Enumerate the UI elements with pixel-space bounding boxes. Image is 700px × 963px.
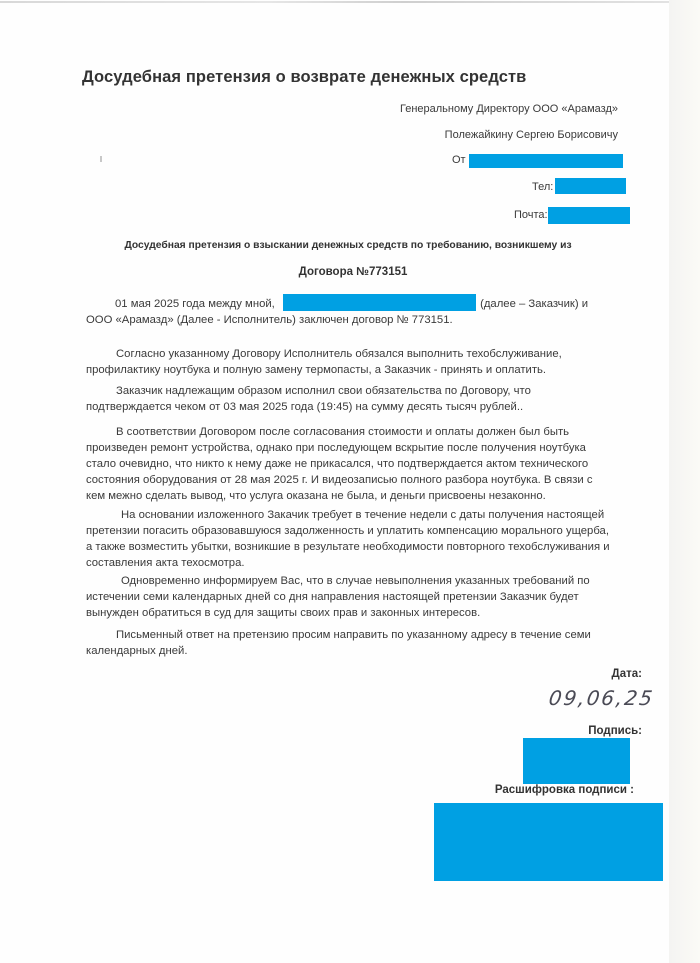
claim-subheading: Досудебная претензия о взыскании денежны… (0, 240, 698, 251)
scan-speck (100, 156, 102, 162)
paragraph-text: На основании изложенного Закачик требует… (86, 507, 646, 523)
paragraph-text: 01 мая 2025 года между мной, (115, 298, 275, 310)
paragraph-text: а также возместить убытки, возникшие в р… (86, 539, 646, 555)
paragraph-text: ООО «Арамазд» (Далее - Исполнитель) закл… (86, 312, 646, 328)
paragraph-text: истечении семи календарных дней со дня н… (86, 589, 646, 605)
signature-decryption-label: Расшифровка подписи : (495, 784, 634, 796)
paragraph-text: Заказчик надлежащим образом исполнил сво… (86, 383, 646, 399)
scan-edge-right (669, 0, 700, 963)
paragraph-text: претензии погасить образовавшуюся задолж… (86, 523, 646, 539)
paragraph-text: Одновременно информируем Вас, что в случ… (86, 573, 646, 589)
contract-number-heading: Договора №773151 (3, 266, 700, 278)
handwritten-date: 09,06,25 (547, 686, 655, 710)
paragraph-response-request: Письменный ответ на претензию просим нап… (86, 627, 646, 659)
redacted-customer-name (283, 294, 476, 311)
from-label: От (452, 154, 466, 166)
paragraph-court-warning: Одновременно информируем Вас, что в случ… (86, 573, 646, 621)
redacted-signature-decryption (434, 803, 663, 881)
document-title: Досудебная претензия о возврате денежных… (82, 68, 526, 87)
paragraph-text: , (далее – Заказчик) и (474, 298, 588, 310)
paragraph-text: вынужден обратиться в суд для защиты сво… (86, 605, 646, 621)
paragraph-demands: На основании изложенного Закачик требует… (86, 507, 646, 571)
addressee-name: Полежайкину Сергею Борисовичу (445, 129, 618, 141)
redacted-from (469, 154, 623, 168)
redacted-email (548, 207, 630, 224)
paragraph-text: кем межно сделать вывод, что услуга оказ… (86, 488, 646, 504)
paragraph-text: В соответствии Договором после согласова… (86, 424, 646, 440)
paragraph-obligations: Согласно указанному Договору Исполнитель… (86, 346, 646, 378)
paragraph-text: состояния оборудования от 28 мая 2025 г.… (86, 472, 646, 488)
paragraph-text: произведен ремонт устройства, однако при… (86, 440, 646, 456)
addressee-position: Генеральному Директору ООО «Арамазд» (400, 103, 618, 115)
redacted-phone (555, 178, 626, 194)
phone-label: Тел: (532, 181, 553, 193)
paragraph-text: подтверждается чеком от 03 мая 2025 года… (86, 399, 646, 415)
paragraph-text: Согласно указанному Договору Исполнитель… (86, 346, 646, 362)
redacted-signature (523, 738, 630, 784)
paragraph-text: стало очевидно, что никто к нему даже не… (86, 456, 646, 472)
paragraph-text: Письменный ответ на претензию просим нап… (86, 627, 646, 643)
scanned-page: Досудебная претензия о возврате денежных… (0, 0, 700, 963)
date-label: Дата: (612, 668, 642, 680)
email-label: Почта: (514, 209, 548, 221)
scan-edge-top (0, 1, 672, 3)
paragraph-payment: Заказчик надлежащим образом исполнил сво… (86, 383, 646, 415)
paragraph-text: составления акта техосмотра. (86, 555, 646, 571)
paragraph-text: профилактику ноутбука и полную замену те… (86, 362, 646, 378)
signature-label: Подпись: (588, 725, 642, 737)
paragraph-breach: В соответствии Договором после согласова… (86, 424, 646, 504)
paragraph-text: календарных дней. (86, 643, 646, 659)
